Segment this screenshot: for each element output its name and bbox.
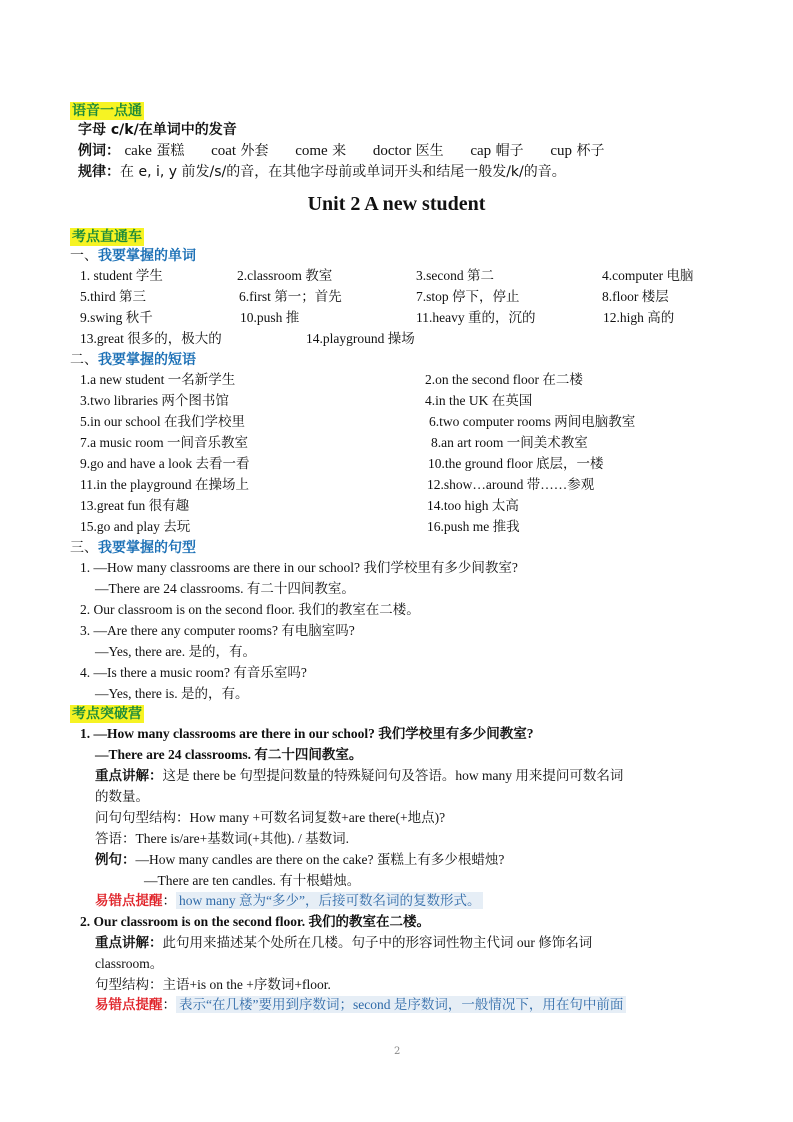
page-number: 2 [394, 1046, 400, 1057]
phrase-item: 10.the ground floor 底层，一楼 [428, 454, 603, 474]
example-word: cake 蛋糕 [124, 143, 184, 159]
word-item: 11.heavy 重的，沉的 [416, 308, 535, 328]
sentence-line: 3. —Are there any computer rooms? 有电脑室吗? [80, 621, 355, 641]
word-item: 10.push 推 [240, 308, 299, 328]
phrase-item: 2.on the second floor 在二楼 [425, 370, 583, 390]
word-item: 12.high 高的 [603, 308, 674, 328]
point-answer: —There are 24 classrooms. 有二十四间教室。 [95, 745, 362, 765]
sentence-line: 1. —How many classrooms are there in our… [80, 558, 518, 578]
phonics-examples: 例词： cake 蛋糕 coat 外套 come 来 doctor 医生 cap… [78, 141, 604, 161]
phrase-item: 3.two libraries 两个图书馆 [80, 391, 229, 411]
word-item: 3.second 第二 [416, 266, 494, 286]
point-tip: 易错点提醒：how many 意为“多少”，后接可数名词的复数形式。 [95, 891, 483, 911]
phrase-item: 13.great fun 很有趣 [80, 496, 189, 516]
document-page: 语音一点通 字母 c/k/在单词中的发音 例词： cake 蛋糕 coat 外套… [0, 0, 793, 1122]
phrase-item: 15.go and play 去玩 [80, 517, 190, 537]
phrase-item: 9.go and have a look 去看一看 [80, 454, 249, 474]
point-explain-cont: 的数量。 [95, 787, 149, 807]
section-badge-kaodian: 考点直通车 [70, 226, 144, 246]
word-item: 4.computer 电脑 [602, 266, 693, 286]
point-example: 例句：—How many candles are there on the ca… [95, 850, 504, 870]
point-example-answer: —There are ten candles. 有十根蜡烛。 [144, 871, 360, 891]
point-structure: 句型结构：主语+is on the +序数词+floor. [95, 975, 331, 995]
phonics-rule: 规律：在 e, i, y 前发/s/的音，在其他字母前或单词开头和结尾一般发/k… [78, 162, 566, 182]
phrase-item: 1.a new student 一名新学生 [80, 370, 235, 390]
point-question: 1. —How many classrooms are there in our… [80, 724, 534, 744]
sentence-line: —Yes, there is. 是的，有。 [95, 684, 249, 704]
example-word: cup 杯子 [550, 143, 604, 159]
example-word: coat 外套 [211, 143, 268, 159]
sentences-heading: 三、我要掌握的句型 [70, 537, 196, 557]
phonics-heading: 字母 c/k/在单词中的发音 [78, 120, 237, 140]
phrases-heading: 二、我要掌握的短语 [70, 349, 196, 369]
point-explain: 重点讲解：此句用来描述某个处所在几楼。句子中的形容词性物主代词 our 修饰名词 [95, 933, 592, 953]
words-heading: 一、我要掌握的单词 [70, 245, 196, 265]
word-item: 5.third 第三 [80, 287, 146, 307]
phrase-item: 4.in the UK 在英国 [425, 391, 532, 411]
phrase-item: 7.a music room 一间音乐教室 [80, 433, 248, 453]
phrase-item: 6.two computer rooms 两间电脑教室 [429, 412, 635, 432]
word-item: 13.great 很多的，极大的 [80, 329, 222, 349]
point-tip: 易错点提醒：表示“在几楼”要用到序数词；second 是序数词，一般情况下，用在… [95, 995, 626, 1015]
word-item: 6.first 第一；首先 [239, 287, 342, 307]
example-word: come 来 [295, 143, 346, 159]
sentence-line: 2. Our classroom is on the second floor.… [80, 600, 420, 620]
word-item: 1. student 学生 [80, 266, 163, 286]
word-item: 9.swing 秋千 [80, 308, 153, 328]
word-item: 8.floor 楼层 [602, 287, 669, 307]
point-explain-cont: classroom。 [95, 954, 163, 974]
phonics-badge: 语音一点通 [70, 100, 144, 120]
section-badge-tupo: 考点突破营 [70, 703, 144, 723]
phrase-item: 14.too high 太高 [427, 496, 519, 516]
phrase-item: 8.an art room 一间美术教室 [431, 433, 588, 453]
sentence-line: —There are 24 classrooms. 有二十四间教室。 [95, 579, 355, 599]
unit-title: Unit 2 A new student [0, 193, 793, 216]
point-structure: 问句句型结构：How many +可数名词复数+are there(+地点)? [95, 808, 445, 828]
point-explain: 重点讲解：这是 there be 句型提问数量的特殊疑问句及答语。how man… [95, 766, 623, 786]
sentence-line: 4. —Is there a music room? 有音乐室吗? [80, 663, 307, 683]
word-item: 14.playground 操场 [306, 329, 415, 349]
phrase-item: 11.in the playground 在操场上 [80, 475, 249, 495]
point-question: 2. Our classroom is on the second floor.… [80, 912, 430, 932]
word-item: 7.stop 停下，停止 [416, 287, 520, 307]
sentence-line: —Yes, there are. 是的，有。 [95, 642, 256, 662]
phrase-item: 16.push me 推我 [427, 517, 520, 537]
phrase-item: 12.show…around 带……参观 [427, 475, 594, 495]
phrase-item: 5.in our school 在我们学校里 [80, 412, 245, 432]
example-word: cap 帽子 [470, 143, 523, 159]
point-answer-structure: 答语：There is/are+基数词(+其他). / 基数词. [95, 829, 349, 849]
example-word: doctor 医生 [373, 143, 444, 159]
word-item: 2.classroom 教室 [237, 266, 332, 286]
